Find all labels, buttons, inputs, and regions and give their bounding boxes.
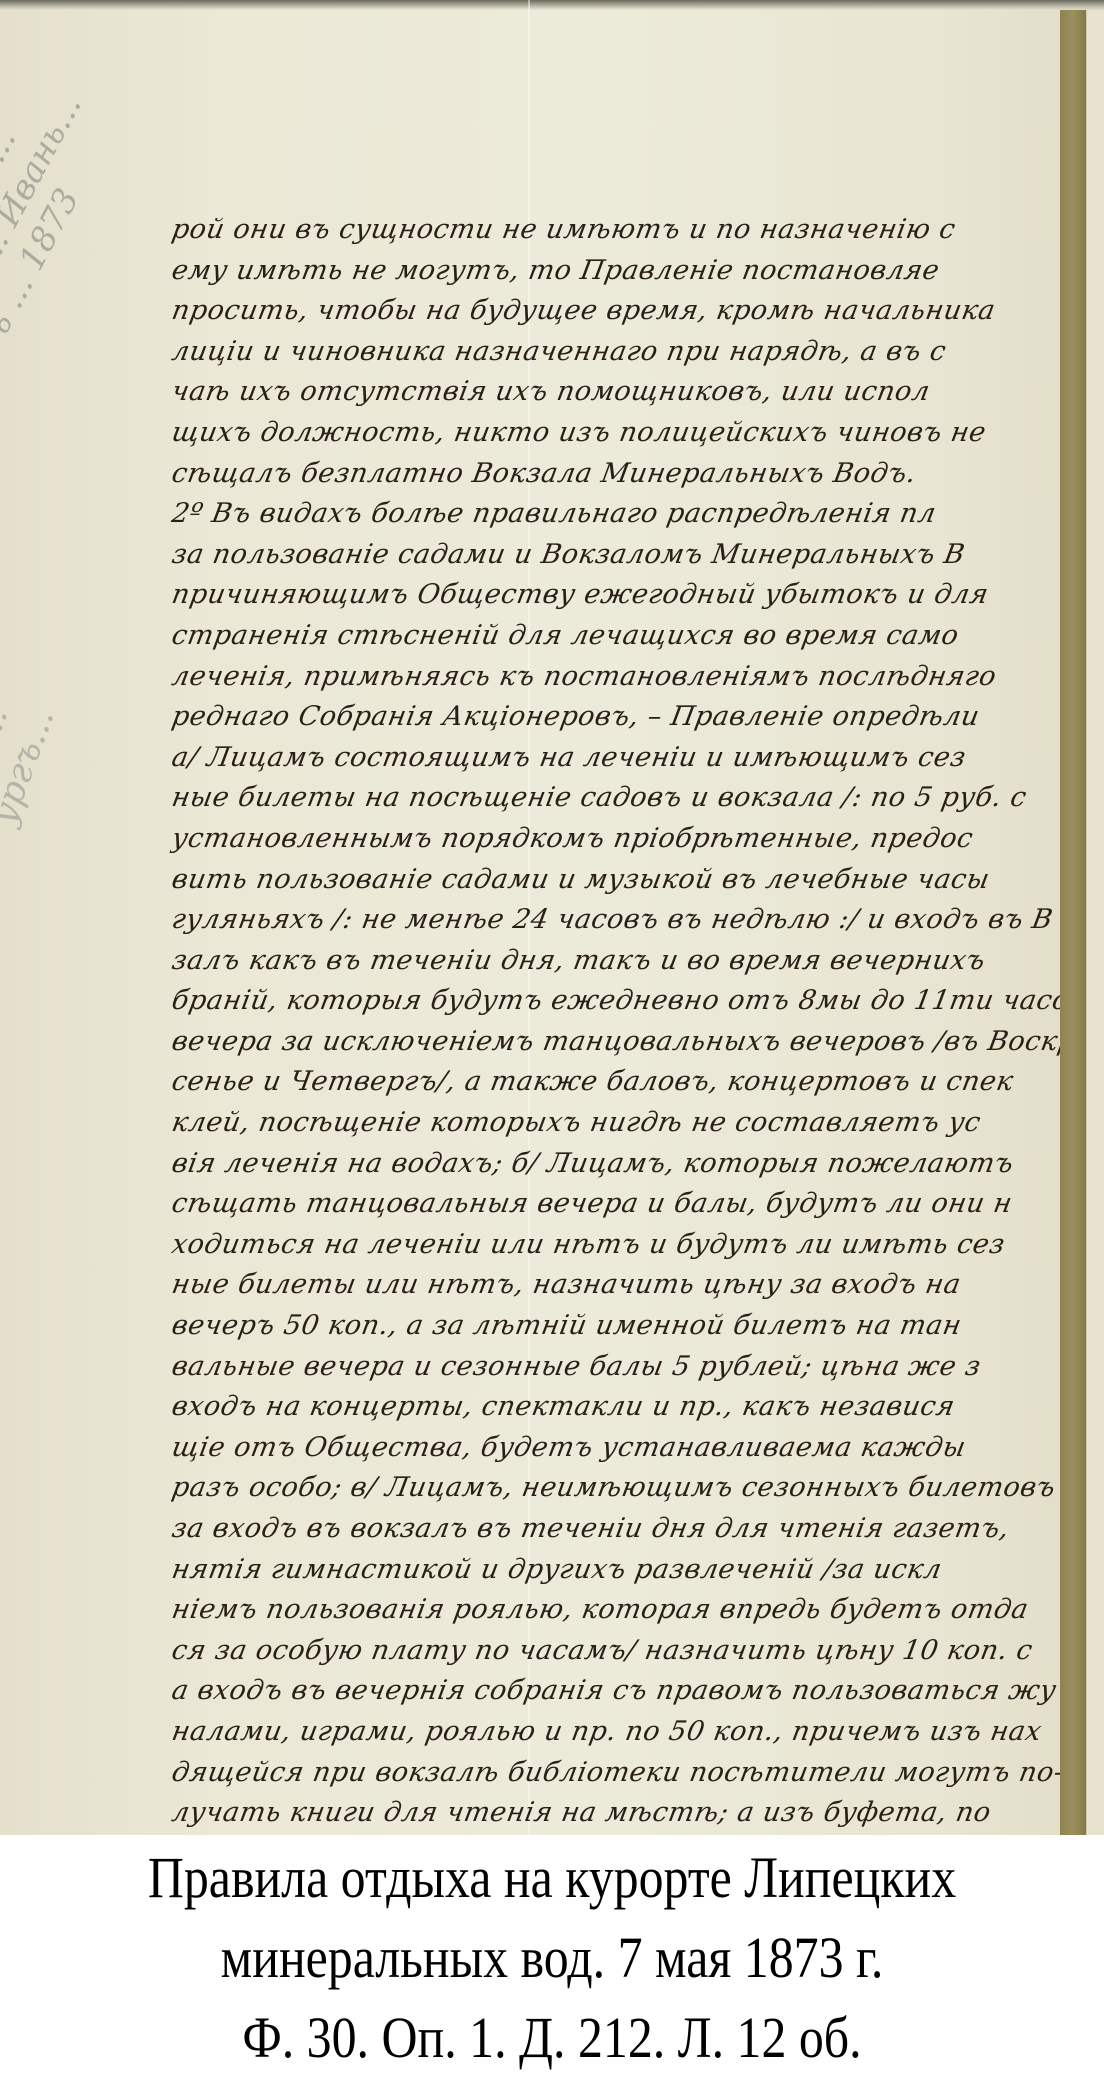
handwritten-line: а входъ въ вечернія собранія съ правомъ … [168, 1671, 1065, 1712]
handwritten-line: вить пользованіе садами и музыкой въ леч… [168, 860, 1065, 901]
handwritten-text-body: рой они въ сущности не имѣютъ и по назна… [172, 210, 1062, 1834]
document-caption: Правила отдыха на курорте Липецких минер… [0, 1838, 1104, 2078]
handwritten-line: за входъ въ вокзалъ въ теченіи дня для ч… [168, 1509, 1065, 1550]
handwritten-line: просить, чтобы на будущее время, кромѣ н… [168, 291, 1065, 332]
handwritten-line: сенье и Четвергъ/, а также баловъ, конце… [168, 1062, 1065, 1103]
handwritten-line: страненія стѣсненій для лечащихся во вре… [168, 616, 1065, 657]
handwritten-line: лиціи и чиновника назначеннаго при наряд… [168, 332, 1065, 373]
handwritten-line: гуляньяхъ /: не менѣе 24 часовъ въ недѣл… [168, 900, 1065, 941]
handwritten-line: причиняющимъ Обществу ежегодный убытокъ … [168, 575, 1065, 616]
handwritten-line: разъ особо; в/ Лицамъ, неимѣющимъ сезонн… [168, 1468, 1065, 1509]
handwritten-line: за пользованіе садами и Вокзаломъ Минера… [168, 535, 1065, 576]
handwritten-line: а/ Лицамъ состоящимъ на леченіи и имѣющи… [168, 738, 1065, 779]
handwritten-line: лучать книги для чтенія на мѣстѣ; а изъ … [168, 1793, 1065, 1834]
handwritten-line: нятія гимнастикой и другихъ развлеченій … [168, 1550, 1065, 1591]
handwritten-line: щихъ должность, никто изъ полицейскихъ ч… [168, 413, 1065, 454]
binding-strip [1060, 10, 1086, 1835]
handwritten-line: вія леченія на водахъ; б/ Лицамъ, которы… [168, 1144, 1065, 1185]
handwritten-line: ніемъ пользованія роялью, которая впредь… [168, 1590, 1065, 1631]
handwritten-line: ходиться на леченіи или нѣтъ и будутъ ли… [168, 1225, 1065, 1266]
handwritten-line: вечера за исключеніемъ танцовальныхъ веч… [168, 1022, 1065, 1063]
handwritten-line: ся за особую плату по часамъ/ назначить … [168, 1631, 1065, 1672]
archival-document-scan: Пригл... собствен... слав... Ивань... въ… [0, 0, 1104, 1835]
handwritten-line: леченія, примѣняясь къ постановленіямъ п… [168, 657, 1065, 698]
adjacent-page-edge [1086, 10, 1104, 1835]
handwritten-line: ему имѣть не могутъ, то Правленіе постан… [168, 251, 1065, 292]
caption-archive-reference: Ф. 30. Оп. 1. Д. 212. Л. 12 об. [77, 1998, 1026, 2078]
handwritten-line: вечеръ 50 коп., а за лѣтній именной биле… [168, 1306, 1065, 1347]
handwritten-line: ные билеты на посѣщеніе садовъ и вокзала… [168, 778, 1065, 819]
handwritten-line: чаѣ ихъ отсутствія ихъ помощниковъ, или … [168, 372, 1065, 413]
handwritten-line: клей, посѣщеніе которыхъ нигдѣ не состав… [168, 1103, 1065, 1144]
handwritten-line: 2º Въ видахъ болѣе правильнаго распредѣл… [168, 494, 1065, 535]
caption-title-line-1: Правила отдыха на курорте Липецких [77, 1838, 1026, 1918]
handwritten-line: дящейся при вокзалѣ библіотеки посѣтител… [168, 1753, 1065, 1794]
handwritten-line: сѣщать танцовальныя вечера и балы, будут… [168, 1184, 1065, 1225]
handwritten-line: вальные вечера и сезонные балы 5 рублей;… [168, 1347, 1065, 1388]
handwritten-line: рой они въ сущности не имѣютъ и по назна… [168, 210, 1065, 251]
handwritten-line: налами, играми, роялью и пр. по 50 коп.,… [168, 1712, 1065, 1753]
handwritten-line: реднаго Собранія Акціонеровъ, – Правлені… [168, 697, 1065, 738]
handwritten-line: входъ на концерты, спектакли и пр., какъ… [168, 1387, 1065, 1428]
handwritten-line: щіе отъ Общества, будетъ устанавливаема … [168, 1428, 1065, 1469]
handwritten-line: браній, которыя будутъ ежедневно отъ 8мы… [168, 981, 1065, 1022]
handwritten-line: ные билеты или нѣтъ, назначить цѣну за в… [168, 1265, 1065, 1306]
handwritten-line: залъ какъ въ теченіи дня, такъ и во врем… [168, 941, 1065, 982]
handwritten-line: установленнымъ порядкомъ пріобрѣтенные, … [168, 819, 1065, 860]
caption-title-line-2: минеральных вод. 7 мая 1873 г. [77, 1918, 1026, 1998]
handwritten-line: сѣщалъ безплатно Вокзала Минеральныхъ Во… [168, 454, 1065, 495]
